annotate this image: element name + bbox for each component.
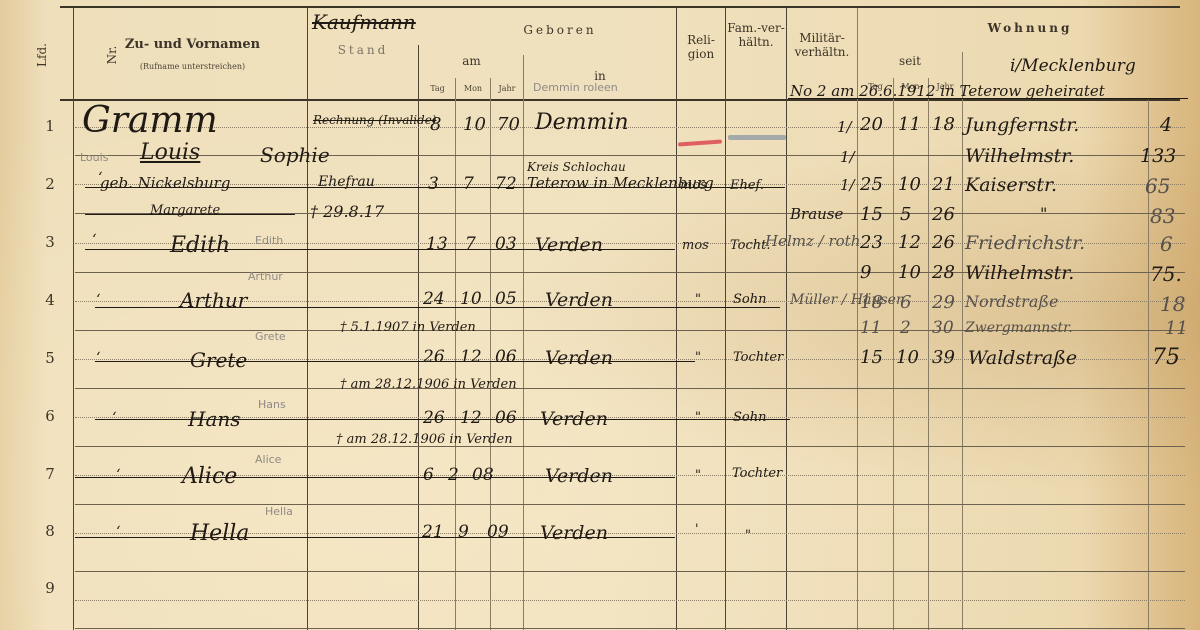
since-mark: 1/	[840, 148, 855, 166]
military-note: Brause	[790, 205, 843, 223]
birth-year: 08	[472, 465, 494, 485]
header-seit: seit	[858, 55, 962, 69]
given-name: Hella	[190, 521, 249, 546]
header-militaer: Militär-verhältn.	[787, 32, 857, 60]
fam-status: "	[745, 528, 751, 543]
pencil-name: Hella	[265, 505, 293, 518]
row-number: 2	[40, 175, 60, 193]
fam-status: Sohn	[733, 292, 766, 307]
given-name-wife: Sophie	[260, 143, 330, 167]
ditto-mark: ʻ	[116, 467, 120, 483]
birth-month: 7	[465, 234, 476, 254]
since-month: 11	[898, 114, 921, 135]
street-2: Zwergmannstr.	[965, 320, 1073, 336]
header-tag: Tag	[420, 84, 455, 93]
since-year-2: 28	[932, 262, 955, 283]
birth-place-note: Kreis Schlochau	[527, 160, 626, 174]
row-dotted	[75, 600, 1185, 601]
since-month: 12	[898, 232, 921, 253]
pencil-name: Grete	[255, 330, 286, 343]
row-strike	[95, 361, 695, 362]
given-name: Louis	[140, 140, 200, 165]
stand-value: Rechnung (Invalide)	[313, 113, 437, 127]
header-names-note: (Rufname unterstreichen)	[80, 62, 305, 71]
religion: mos	[680, 178, 707, 193]
row-number: 1	[40, 117, 60, 135]
military-note: Helmz / roth	[765, 232, 860, 250]
ditto-mark: ʻ	[112, 410, 116, 426]
since-year-2: 30	[932, 318, 954, 338]
since-year: 29	[932, 292, 955, 313]
death-note: † am 28.12.1906 in Verden	[336, 432, 513, 447]
ditto-mark: ʻ	[98, 170, 102, 186]
ditto-mark: ʻ	[116, 524, 120, 540]
maiden-name: geb. Nickelsburg	[100, 174, 230, 192]
pencil-name: Arthur	[248, 270, 283, 283]
birth-month: 10	[463, 114, 486, 135]
birth-day: 13	[426, 234, 448, 254]
since-month-2: 10	[898, 262, 921, 283]
street: Jungfernstr.	[965, 114, 1079, 136]
header-lfd-nr: Lfd. Nr.	[7, 35, 77, 75]
birth-day: 6	[423, 465, 434, 485]
since-month: 6	[900, 292, 911, 313]
since-year-2: 26	[932, 204, 955, 225]
house-number: 4	[1160, 114, 1172, 136]
col-line	[786, 8, 787, 630]
since-year: 26	[932, 232, 955, 253]
religion: "	[695, 468, 701, 483]
birth-day: 21	[422, 522, 444, 542]
religion: mos	[682, 238, 709, 253]
birth-day: 26	[423, 347, 445, 367]
house-number-2: 11	[1165, 318, 1188, 339]
wohnung-note: i/Mecklenburg	[1010, 56, 1136, 76]
street-2: Wilhelmstr.	[965, 145, 1074, 167]
col-line	[418, 45, 419, 630]
religion: "	[695, 292, 701, 307]
fam-status: Sohn	[733, 410, 766, 425]
street: Kaiserstr.	[965, 174, 1057, 196]
header-religion-text: Reli-gion	[687, 33, 715, 61]
since-day-2: 15	[860, 204, 883, 225]
house-number: 18	[1160, 292, 1185, 316]
pencil-demmin: Demmin roleen	[533, 81, 618, 94]
row-number: 4	[40, 291, 60, 309]
row-strike	[85, 214, 295, 215]
col-line	[725, 8, 726, 630]
red-pencil-mark	[678, 139, 722, 146]
birth-year: 05	[495, 289, 517, 309]
house-number: 65	[1145, 174, 1170, 198]
house-number: 75	[1152, 345, 1180, 370]
since-year: 21	[932, 174, 955, 195]
house-number-2: 83	[1150, 204, 1175, 228]
street: Friedrichstr.	[965, 232, 1085, 254]
row-strike	[85, 249, 675, 250]
pencil-name: Edith	[255, 234, 283, 247]
birth-day: 3	[428, 174, 439, 194]
street: Nordstraße	[965, 292, 1059, 311]
since-mark: 1/	[840, 176, 855, 194]
death-note: † 5.1.1907 in Verden	[340, 320, 476, 335]
fam-status: Ehef.	[730, 178, 764, 193]
given-name: Edith	[170, 233, 230, 258]
row-dotted	[75, 417, 1185, 418]
birth-place: Verden	[545, 347, 613, 369]
since-day: 15	[860, 347, 883, 368]
row-number: 7	[40, 465, 60, 483]
header-names: Zu- und Vornamen	[80, 38, 305, 53]
street-2: "	[1040, 204, 1047, 223]
fam-status: Tochter	[732, 466, 782, 481]
house-number: 6	[1160, 232, 1173, 256]
since-day-2: 11	[860, 318, 882, 338]
death-note: † 29.8.17	[310, 202, 384, 221]
row-dotted	[75, 475, 1185, 476]
since-mark: 1/	[837, 118, 852, 136]
col-line	[73, 8, 74, 630]
religion: "	[695, 410, 701, 425]
col-line	[857, 8, 858, 630]
row-strike	[75, 477, 675, 478]
street: Waldstraße	[968, 347, 1077, 369]
ditto-mark: ʻ	[96, 292, 100, 308]
row-rule	[75, 571, 1185, 572]
birth-place: Verden	[545, 465, 613, 487]
row-strike	[75, 537, 675, 538]
birth-place: Verden	[540, 522, 608, 544]
since-day-2: 9	[860, 262, 871, 283]
register-page: Lfd. Nr. Zu- und Vornamen (Rufname unter…	[0, 0, 1200, 630]
birth-place: Verden	[535, 234, 603, 256]
row-number: 8	[40, 522, 60, 540]
marriage-strike	[788, 98, 1188, 99]
surname: Gramm	[82, 100, 218, 141]
birth-month: 2	[448, 465, 459, 485]
top-rule	[60, 6, 1180, 8]
birth-year: 09	[487, 522, 509, 542]
header-fam: Fam.-ver-hältn.	[726, 22, 786, 50]
given-name: Grete	[190, 348, 247, 372]
since-month: 10	[896, 347, 919, 368]
birth-year: 70	[497, 114, 520, 135]
house-number-2: 133	[1140, 145, 1176, 167]
row-strike	[95, 419, 790, 420]
death-note: † am 28.12.1906 in Verden	[340, 377, 517, 392]
row-strike	[95, 307, 780, 308]
pencil-name: Hans	[258, 398, 286, 411]
header-stand: Stand	[310, 44, 416, 58]
birth-month: 12	[460, 408, 482, 428]
row-number: 6	[40, 407, 60, 425]
col-line	[676, 8, 677, 630]
religion: '	[695, 522, 699, 537]
second-name: Margarete	[150, 203, 220, 218]
birth-month: 12	[460, 347, 482, 367]
birth-year: 03	[495, 234, 517, 254]
col-line	[523, 55, 524, 630]
header-mon: Mon	[456, 84, 490, 93]
birth-day: 26	[423, 408, 445, 428]
given-name: Arthur	[180, 288, 247, 312]
birth-place: Demmin	[535, 110, 629, 135]
row-rule	[75, 628, 1185, 629]
row-number: 9	[40, 579, 60, 597]
military-note: Müller / Häuser	[790, 292, 903, 308]
fam-status: Tochter	[733, 350, 783, 365]
header-geboren: Geboren	[500, 24, 620, 38]
since-year: 18	[932, 114, 955, 135]
row-number: 5	[40, 349, 60, 367]
pencil-name: Louis	[80, 151, 108, 164]
birth-day: 24	[423, 289, 445, 309]
header-wohnung: Wohnung	[960, 22, 1100, 36]
ditto-mark: ʻ	[96, 350, 100, 366]
ditto-mark: ʻ	[92, 232, 96, 248]
birth-day: 8	[430, 114, 441, 135]
birth-month: 7	[463, 174, 474, 194]
pencil-name: Alice	[255, 453, 281, 466]
header-jahr: Jahr	[491, 84, 523, 93]
birth-month: 10	[460, 289, 482, 309]
col-line	[893, 78, 894, 630]
row-number: 3	[40, 233, 60, 251]
header-religion: Reli-gion	[677, 34, 725, 62]
since-month-2: 5	[900, 204, 911, 225]
blue-pencil-mark	[728, 135, 786, 140]
col-line	[962, 52, 963, 630]
birth-year: 06	[495, 408, 517, 428]
col-line	[490, 78, 491, 630]
row-rule	[75, 504, 1185, 505]
col-line	[928, 78, 929, 630]
since-day: 23	[860, 232, 883, 253]
row-strike	[85, 187, 785, 188]
since-year: 39	[932, 347, 955, 368]
header-am: am	[420, 55, 523, 69]
row-rule	[75, 388, 1185, 389]
since-month-2: 2	[900, 318, 911, 338]
birth-year: 72	[495, 174, 517, 194]
struck-kaufmann: Kaufmann	[312, 10, 416, 34]
birth-year: 06	[495, 347, 517, 367]
street-2: Wilhelmstr.	[965, 262, 1074, 284]
birth-month: 9	[458, 522, 469, 542]
col-line	[455, 78, 456, 630]
religion: "	[695, 350, 701, 365]
since-day: 25	[860, 174, 883, 195]
since-day: 20	[860, 114, 883, 135]
house-number-2: 75.	[1150, 262, 1182, 286]
since-month: 10	[898, 174, 921, 195]
row-rule	[75, 446, 1185, 447]
since-day: 18	[860, 292, 883, 313]
